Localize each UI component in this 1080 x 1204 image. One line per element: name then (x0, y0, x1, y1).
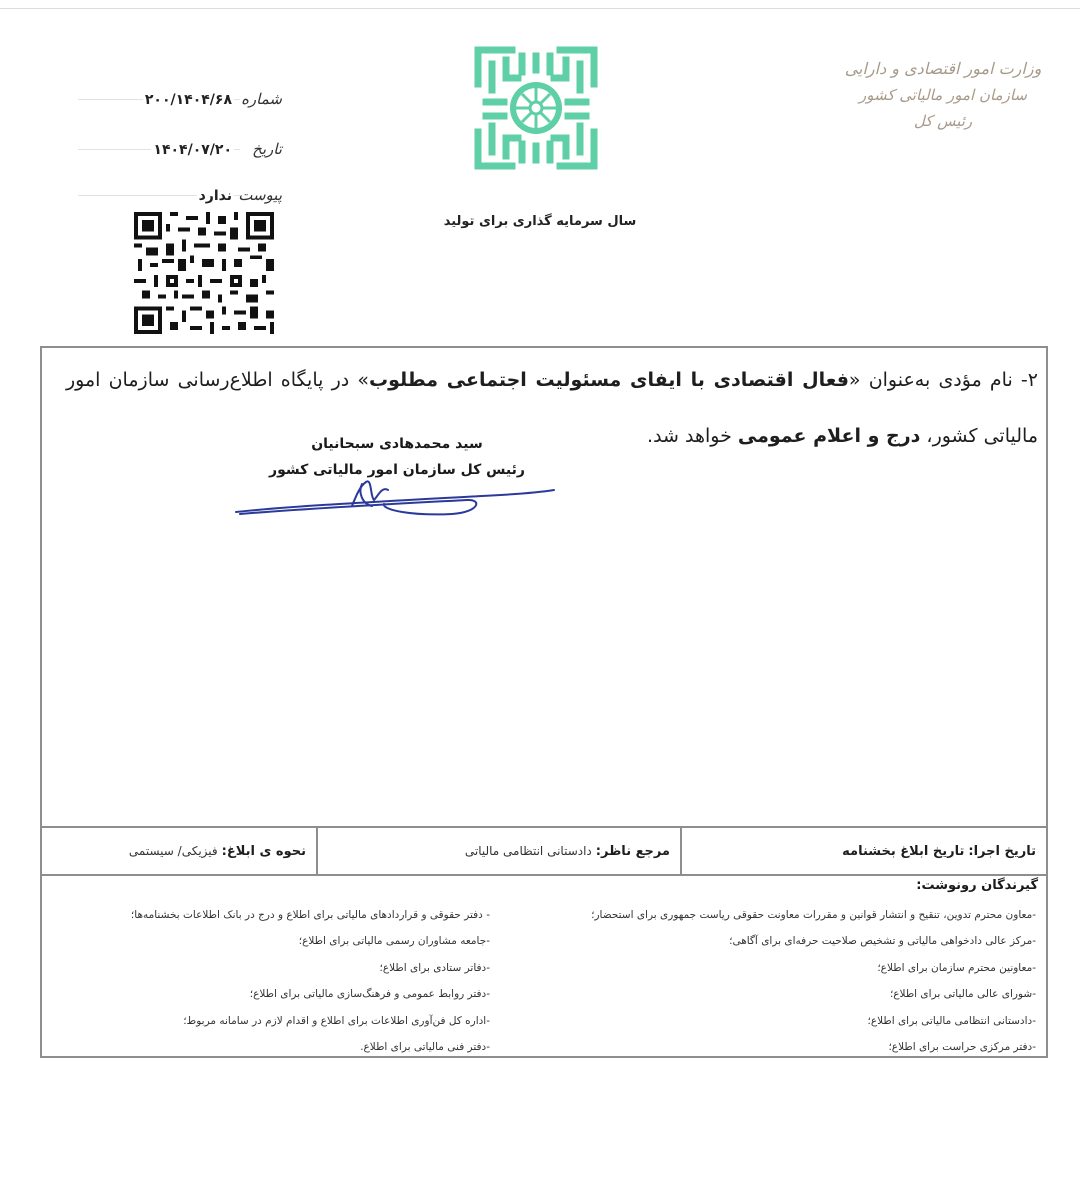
year-slogan: سال سرمایه گذاری برای تولید (440, 214, 640, 229)
cc-left-column: - دفتر حقوقی و قراردادهای مالیاتی برای ا… (50, 902, 490, 1060)
document-body: ۲- نام مؤدی به‌عنوان «فعال اقتصادی با ای… (40, 346, 1048, 1058)
top-divider (0, 8, 1080, 9)
organization-name: سازمان امور مالیاتی کشور (830, 82, 1056, 108)
signatory-title: رئیس کل سازمان امور مالیاتی کشور (232, 462, 562, 478)
circular-info-row: تاریخ اجرا: تاریخ ابلاغ بخشنامه مرجع ناظ… (42, 826, 1046, 876)
letter-number-label: شماره (242, 90, 284, 108)
cc-item: -شورای عالی مالیاتی برای اطلاع؛ (556, 981, 1036, 1007)
cc-item: -اداره کل فن‌آوری اطلاعات برای اطلاع و ا… (50, 1008, 490, 1034)
cc-item: -مرکز عالی دادخواهی مالیاتی و تشخیص صلاح… (556, 928, 1036, 954)
letter-attachment-value: ندارد (197, 188, 234, 204)
notification-method-value: فیزیکی/ سیستمی (129, 844, 218, 858)
clause-bold-publish: درج و اعلام عمومی (738, 425, 921, 447)
cc-title: گیرندگان رونوشت: (916, 878, 1038, 893)
letter-attachment-row: پیوست ندارد (78, 158, 284, 204)
supervisor-cell: مرجع ناظر: دادستانی انتظامی مالیاتی (318, 828, 682, 874)
cc-item: -دادستانی انتظامی مالیاتی برای اطلاع؛ (556, 1008, 1036, 1034)
letter-number-row: شماره ۲۰۰/۱۴۰۴/۶۸ (78, 58, 284, 108)
cc-item: -معاونین محترم سازمان برای اطلاع؛ (556, 955, 1036, 981)
letter-date-row: تاریخ ۱۴۰۴/۰۷/۲۰ (78, 108, 284, 158)
signatory-name: سید محمدهادی سبحانیان (232, 436, 562, 452)
position-title: رئیس کل (830, 108, 1056, 134)
cc-item: - دفتر حقوقی و قراردادهای مالیاتی برای ا… (50, 902, 490, 928)
effective-date-label: تاریخ اجرا: (968, 844, 1036, 859)
qr-code-icon[interactable] (134, 212, 274, 334)
tax-organization-emblem-icon (472, 44, 600, 172)
cc-recipients: گیرندگان رونوشت: -معاون محترم تدوین، تنق… (42, 874, 1046, 1056)
effective-date-value: تاریخ ابلاغ بخشنامه (842, 844, 964, 859)
ministry-name: وزارت امور اقتصادی و دارایی (830, 56, 1056, 82)
letter-number-value: ۲۰۰/۱۴۰۴/۶۸ (143, 92, 234, 108)
cc-item: -دفتر مرکزی حراست برای اطلاع؛ (556, 1034, 1036, 1060)
clause-suffix: خواهد شد. (647, 425, 738, 447)
organization-header: وزارت امور اقتصادی و دارایی سازمان امور … (830, 56, 1056, 134)
letter-date-value: ۱۴۰۴/۰۷/۲۰ (151, 142, 234, 158)
cc-item: -معاون محترم تدوین، تنقیح و انتشار قوانی… (556, 902, 1036, 928)
notification-method-cell: نحوه ی ابلاغ: فیزیکی/ سیستمی (42, 828, 318, 874)
supervisor-value: دادستانی انتظامی مالیاتی (465, 844, 592, 858)
cc-item: -دفاتر ستادی برای اطلاع؛ (50, 955, 490, 981)
cc-item: -جامعه مشاوران رسمی مالیاتی برای اطلاع؛ (50, 928, 490, 954)
notification-method-label: نحوه ی ابلاغ: (222, 844, 306, 859)
letter-date-label: تاریخ (242, 140, 284, 158)
letter-attachment-label: پیوست (242, 186, 284, 204)
clause-prefix: ۲- نام مؤدی به‌عنوان « (849, 369, 1038, 391)
cc-item: -دفتر فنی مالیاتی برای اطلاع. (50, 1034, 490, 1060)
supervisor-label: مرجع ناظر: (596, 844, 670, 859)
effective-date-cell: تاریخ اجرا: تاریخ ابلاغ بخشنامه (682, 828, 1046, 874)
cc-right-column: -معاون محترم تدوین، تنقیح و انتشار قوانی… (556, 902, 1036, 1060)
clause-bold-title: فعال اقتصادی با ایفای مسئولیت اجتماعی مط… (369, 369, 849, 391)
signature-block: سید محمدهادی سبحانیان رئیس کل سازمان امو… (232, 436, 562, 536)
cc-item: -دفتر روابط عمومی و فرهنگ‌سازی مالیاتی ب… (50, 981, 490, 1007)
letter-meta: شماره ۲۰۰/۱۴۰۴/۶۸ تاریخ ۱۴۰۴/۰۷/۲۰ پیوست… (78, 58, 284, 204)
